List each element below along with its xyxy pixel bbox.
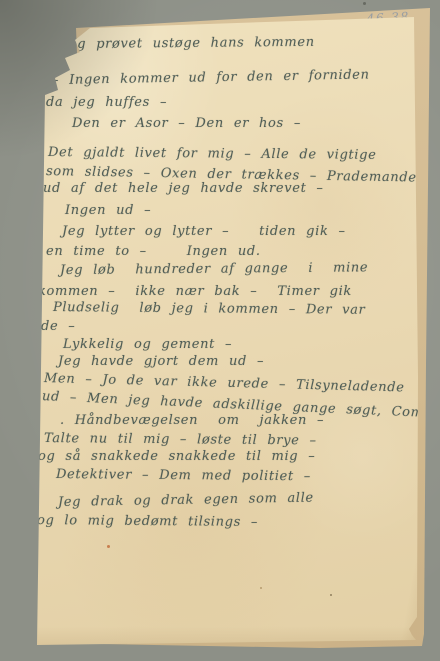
handwriting-line: Pludselig løb jeg i kommen – Der var <box>53 301 365 317</box>
handwriting-line: en time to – Ingen ud. <box>46 245 261 258</box>
handwriting-line: Talte nu til mig – løste til brye – <box>44 432 317 447</box>
handwriting-line: Den er Asor – Den er hos – <box>72 117 301 130</box>
handwriting-line: Jeg drak og drak egen som alle <box>58 492 314 509</box>
photo-background: 46-38. Jeg prøvet ustøge hans kommen– In… <box>0 0 440 661</box>
handwriting-line: kommen – ikke nær bak – Timer gik <box>38 285 352 298</box>
background-speck <box>363 2 366 5</box>
handwriting-line: . Håndbevægelsen om jakken – <box>60 414 324 427</box>
handwriting-line: Lykkelig og gement – <box>63 338 232 351</box>
handwriting-line: ud af det hele jeg havde skrevet – <box>43 182 324 195</box>
handwriting-line: Detektiver – Dem med politiet – <box>56 468 311 483</box>
handwriting-line: Jeg havde gjort dem ud – <box>58 355 264 368</box>
handwriting-line: Det gjaldt livet for mig – Alle de vigti… <box>48 146 377 162</box>
handwriting-line: de – <box>41 320 75 333</box>
handwriting-line: og så snakkede snakkede til mig – <box>38 450 315 463</box>
handwriting-line: Ingen ud – <box>65 204 151 217</box>
handwriting-line: Jeg lytter og lytter – tiden gik – <box>62 225 346 238</box>
manuscript-page: Jeg prøvet ustøge hans kommen– Ingen kom… <box>37 17 420 645</box>
handwriting-line: – Ingen kommer ud for den er forniden <box>52 68 370 87</box>
handwriting-line: Jeg prøvet ustøge hans kommen <box>63 36 315 51</box>
handwriting-block: Jeg prøvet ustøge hans kommen– Ingen kom… <box>37 17 420 645</box>
handwriting-line: da jeg huffes – <box>46 96 167 109</box>
handwriting-line: og lo mig bedømt tilsings – <box>37 514 258 529</box>
handwriting-line: Jeg løb hundreder af gange i mine <box>60 261 368 277</box>
